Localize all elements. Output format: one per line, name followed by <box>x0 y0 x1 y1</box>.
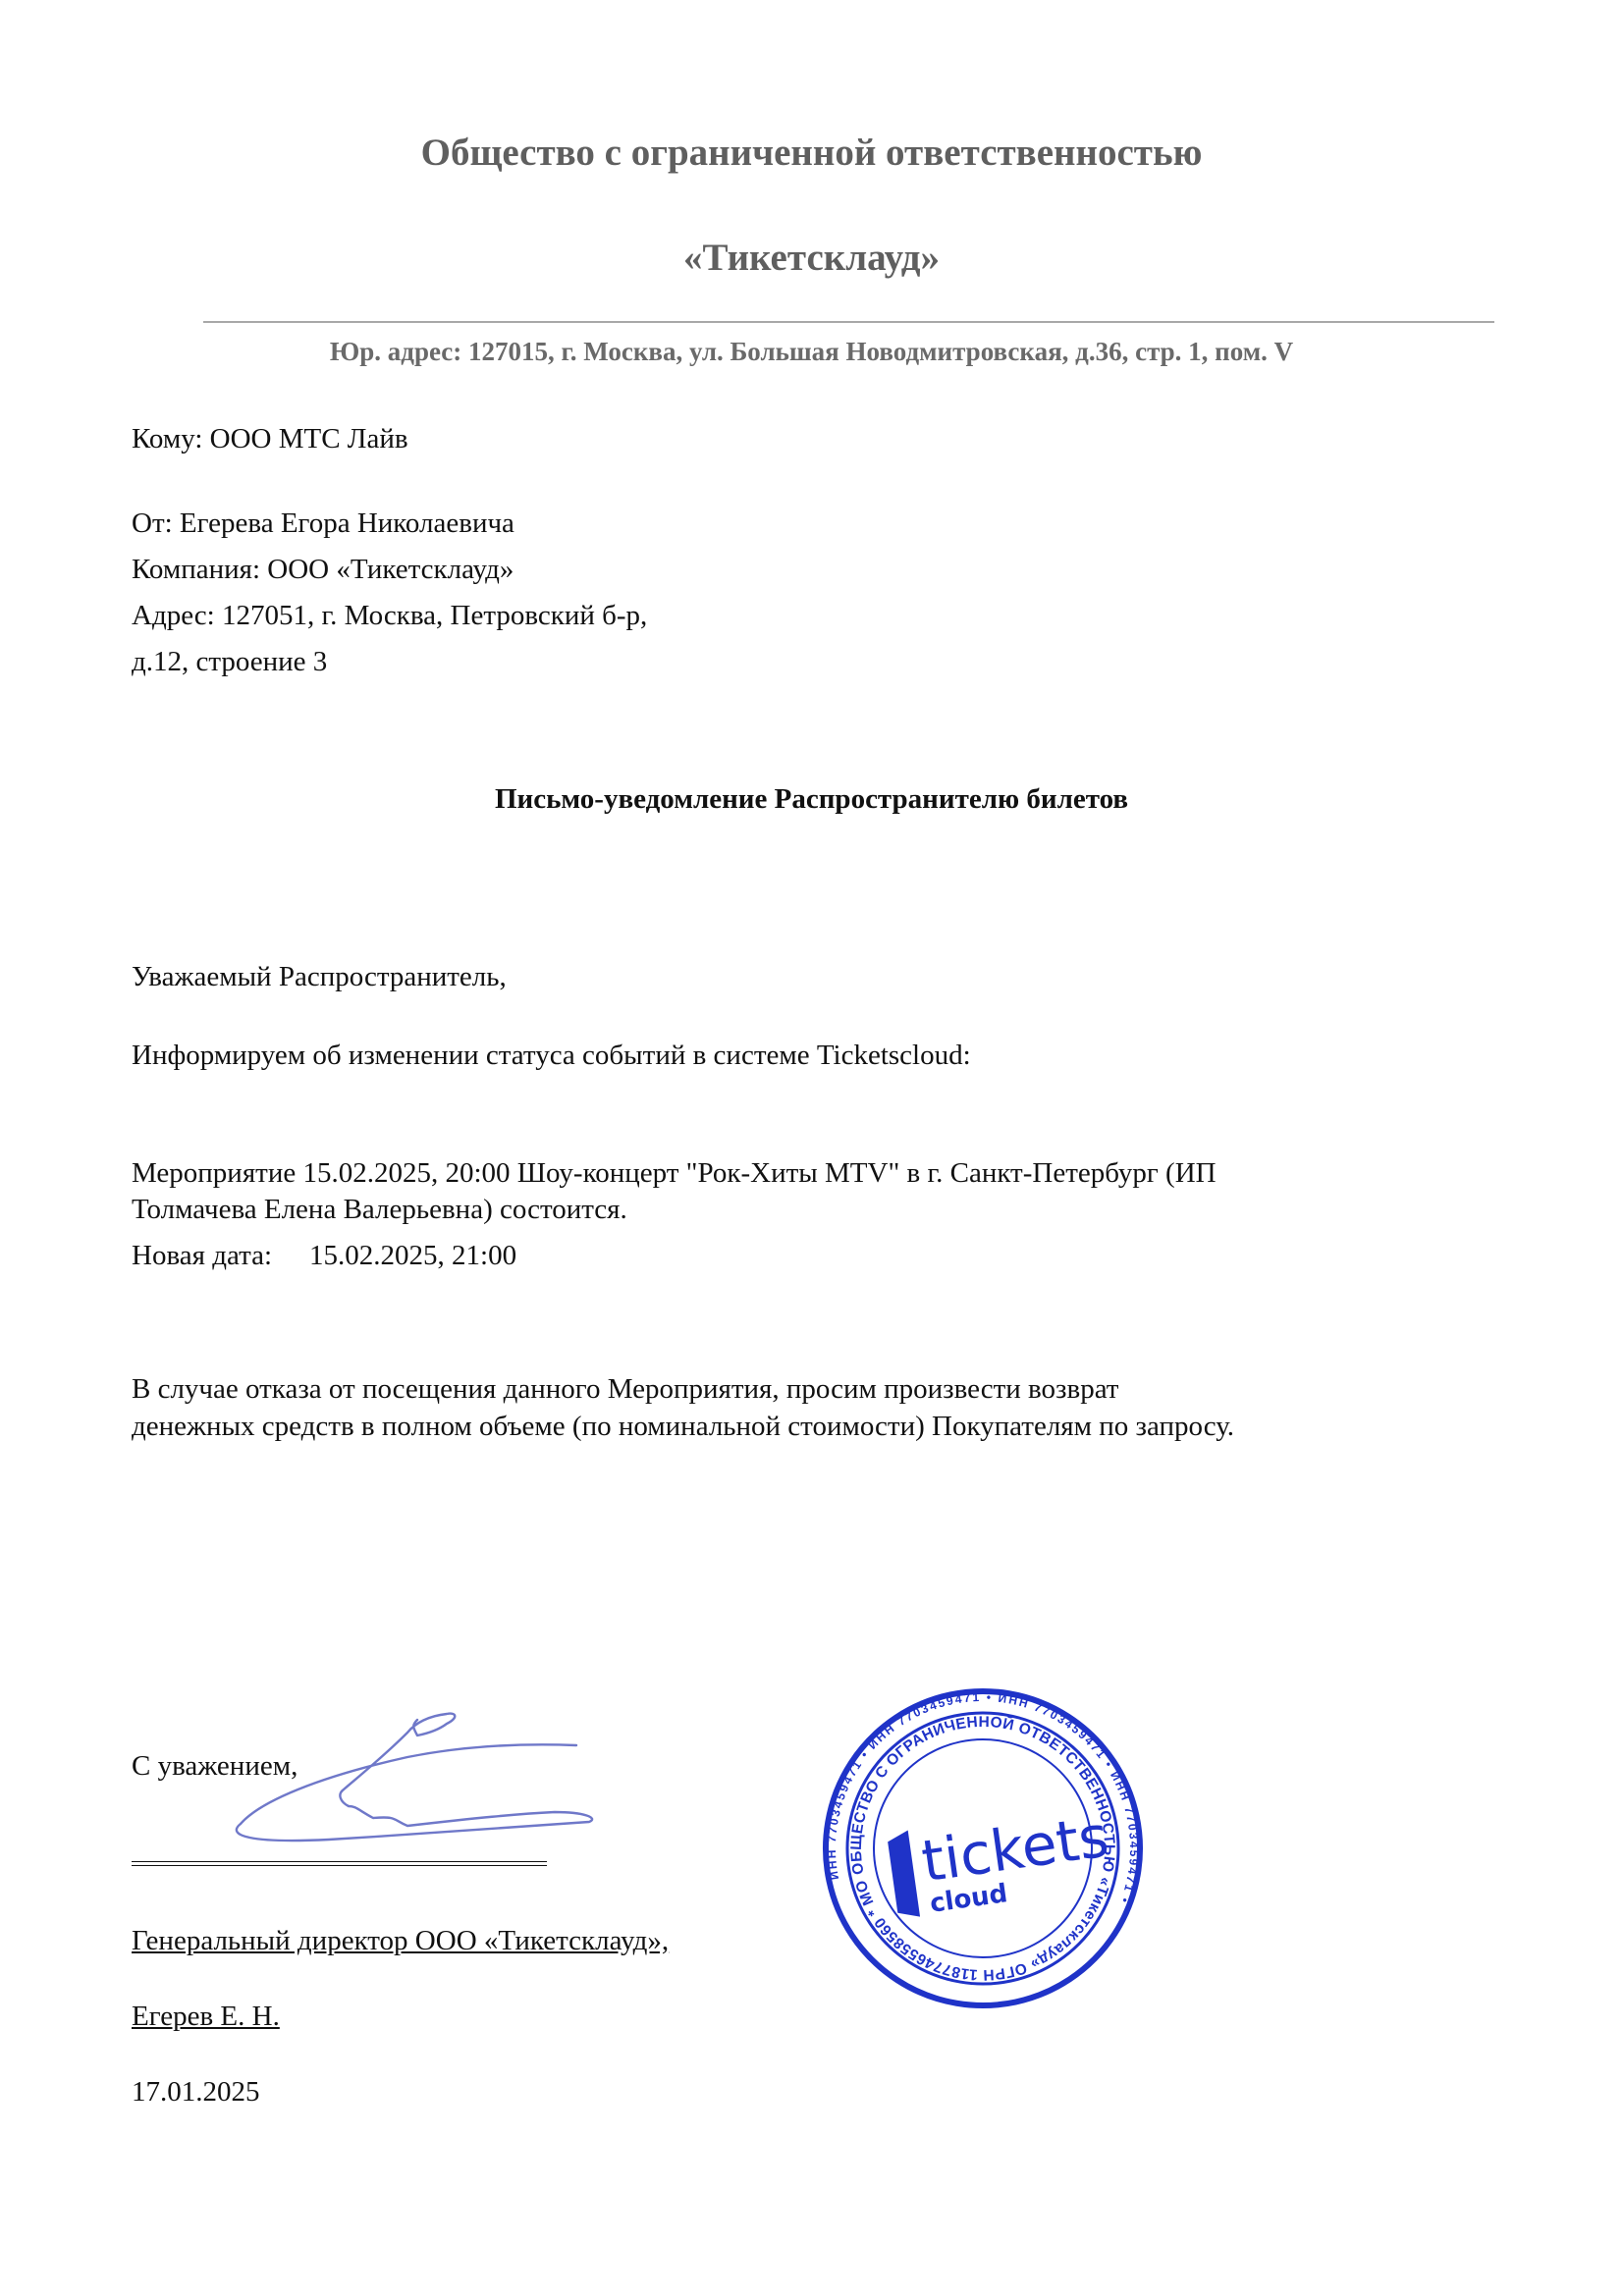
refund-line1: В случае отказа от посещения данного Мер… <box>132 1372 1118 1407</box>
signature-line <box>132 1861 547 1866</box>
letter-page: Общество с ограниченной ответственностью… <box>0 0 1623 2296</box>
company-stamp: ИНН 7703459471 • ИНН 7703459471 • ИНН 77… <box>821 1686 1145 2010</box>
header-divider <box>203 321 1494 323</box>
sender-address-line2: д.12, строение 3 <box>132 645 327 679</box>
signer-position: Генеральный директор ООО «Тикетсклауд», <box>132 1924 669 1958</box>
signer-name: Егерев Е. Н. <box>132 2000 280 2034</box>
sender-company: Компания: ООО «Тикетсклауд» <box>132 553 514 587</box>
signature-image <box>211 1708 614 1875</box>
sender-address-line1: Адрес: 127051, г. Москва, Петровский б-р… <box>132 599 647 633</box>
letter-date: 17.01.2025 <box>132 2075 260 2109</box>
sender-from: От: Егерева Егора Николаевича <box>132 507 514 541</box>
org-name-line1: Общество с ограниченной ответственностью <box>0 131 1623 175</box>
new-date-label: Новая дата: <box>132 1240 272 1271</box>
intro: Информируем об изменении статуса событий… <box>132 1039 971 1073</box>
org-name-line2: «Тикетсклауд» <box>0 236 1623 280</box>
refund-line2: денежных средств в полном объеме (по ном… <box>132 1410 1234 1444</box>
greeting: Уважаемый Распространитель, <box>132 960 507 994</box>
new-date: Новая дата:15.02.2025, 21:00 <box>132 1239 516 1273</box>
letter-title: Письмо-уведомление Распространителю биле… <box>0 783 1623 816</box>
event-line1: Мероприятие 15.02.2025, 20:00 Шоу-концер… <box>132 1156 1217 1191</box>
new-date-value: 15.02.2025, 21:00 <box>309 1240 516 1271</box>
legal-address: Юр. адрес: 127015, г. Москва, ул. Больша… <box>0 337 1623 367</box>
recipient: Кому: ООО МТС Лайв <box>132 422 408 456</box>
event-line2: Толмачева Елена Валерьевна) состоится. <box>132 1193 627 1227</box>
stamp-logo-word1: tickets <box>918 1802 1113 1895</box>
